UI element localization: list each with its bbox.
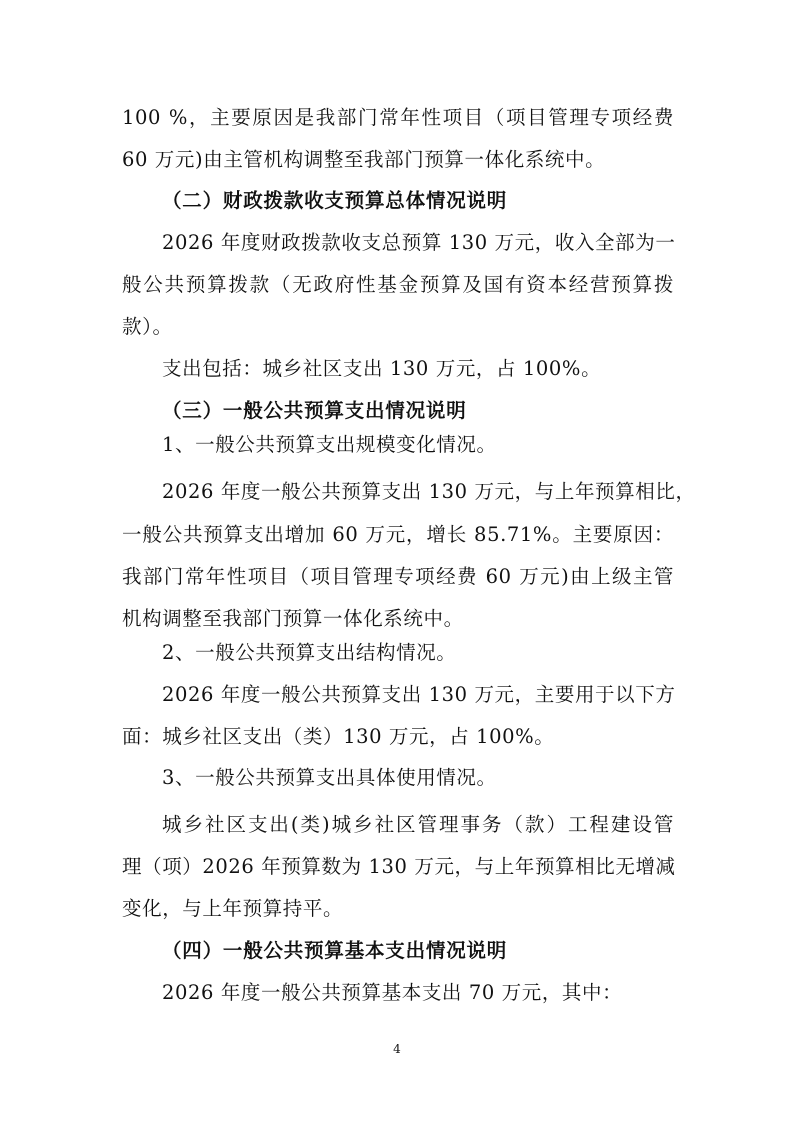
paragraph-line: 机构调整至我部门预算一体化系统中。 [122,607,674,631]
paragraph-line: 支出包括：城乡社区支出 130 万元，占 100%。 [162,357,674,381]
paragraph-line: 2026 年度一般公共预算支出 130 万元，与上年预算相比， [162,480,674,504]
paragraph-line: 60 万元)由主管机构调整至我部门预算一体化系统中。 [122,148,674,172]
section-heading-4: （四）一般公共预算基本支出情况说明 [162,939,507,963]
paragraph-line: 2026 年度一般公共预算基本支出 70 万元，其中： [162,981,674,1005]
paragraph-line: 100 %，主要原因是我部门常年性项目（项目管理专项经费 [122,106,674,130]
paragraph-line: 一般公共预算支出增加 60 万元，增长 85.71%。主要原因： [122,523,674,547]
subsection-title: 2、一般公共预算支出结构情况。 [162,641,674,665]
paragraph-line: 我部门常年性项目（项目管理专项经费 60 万元)由上级主管 [122,565,674,589]
paragraph-line: 变化，与上年预算持平。 [122,897,674,921]
paragraph-line: 2026 年度一般公共预算支出 130 万元，主要用于以下方 [162,683,674,707]
section-heading-3: （三）一般公共预算支出情况说明 [162,399,467,423]
paragraph-line: 2026 年度财政拨款收支总预算 130 万元，收入全部为一 [162,231,674,255]
subsection-title: 3、一般公共预算支出具体使用情况。 [162,766,674,790]
subsection-title: 1、一般公共预算支出规模变化情况。 [162,433,674,457]
paragraph-line: 款）。 [122,315,674,339]
paragraph-line: 面：城乡社区支出（类）130 万元，占 100%。 [122,725,674,749]
paragraph-line: 般公共预算拨款（无政府性基金预算及国有资本经营预算拨 [122,273,674,297]
paragraph-line: 城乡社区支出(类)城乡社区管理事务（款）工程建设管 [162,813,674,837]
page-number: 4 [0,1042,794,1056]
paragraph-line: 理（项）2026 年预算数为 130 万元，与上年预算相比无增减 [122,855,674,879]
section-heading-2: （二）财政拨款收支预算总体情况说明 [162,189,507,213]
